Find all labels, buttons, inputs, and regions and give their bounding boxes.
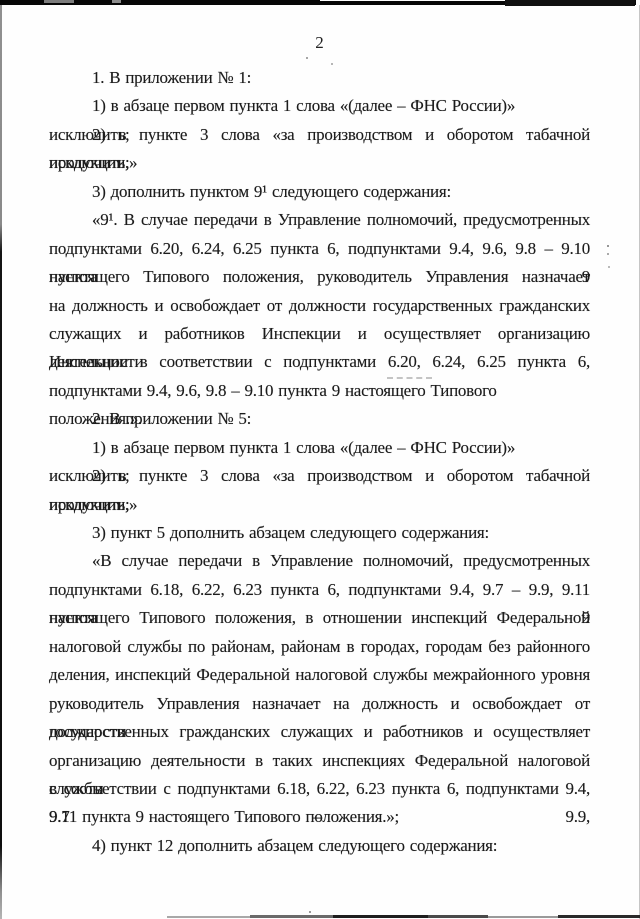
- scan-artifact-segment: [167, 916, 250, 918]
- scan-artifact-left-edge: [0, 5, 2, 919]
- text-line: Инспекции в соответствии с подпунктами 6…: [49, 348, 590, 376]
- page-number: 2: [49, 33, 590, 53]
- text-line: 1) в абзаце первом пункта 1 слова «(дале…: [49, 434, 590, 462]
- document-body: 1. В приложении № 1:1) в абзаце первом п…: [49, 64, 590, 860]
- scan-speck: [306, 57, 308, 59]
- text-line: подпунктами 6.20, 6.24, 6.25 пункта 6, п…: [49, 235, 590, 263]
- text-line: «9¹. В случае передачи в Управление полн…: [49, 206, 590, 234]
- text-line: налоговой службы по районам, районам в г…: [49, 633, 590, 661]
- text-line: 1) в абзаце первом пункта 1 слова «(дале…: [49, 92, 590, 120]
- scan-artifact-segment: [320, 0, 505, 1]
- scan-artifact-segment: [44, 0, 74, 3]
- scan-artifact-segment: [428, 915, 488, 918]
- text-line: настоящего Типового положения, в отношен…: [49, 604, 590, 632]
- text-line: руководитель Управления назначает на дол…: [49, 690, 590, 718]
- text-line: 3) дополнить пунктом 9¹ следующего содер…: [49, 178, 590, 206]
- text-line: 1. В приложении № 1:: [49, 64, 590, 92]
- scan-speck: [309, 911, 311, 913]
- text-line: настоящего Типового положения, руководит…: [49, 263, 590, 291]
- scan-artifact-segment: [558, 915, 640, 918]
- text-line: государственных гражданских служащих и р…: [49, 718, 590, 746]
- text-line: подпунктами 6.18, 6.22, 6.23 пункта 6, п…: [49, 576, 590, 604]
- text-line: 2. В приложении № 5:: [49, 405, 590, 433]
- scan-artifact-dashes: [387, 377, 432, 379]
- scan-artifact-segment: [333, 915, 428, 918]
- text-line: 2) в пункте 3 слова «за производством и …: [49, 121, 590, 149]
- text-line: в соответствии с подпунктами 6.18, 6.22,…: [49, 775, 590, 803]
- text-line: подпунктами 9.4, 9.6, 9.8 – 9.10 пункта …: [49, 377, 590, 405]
- text-line: «В случае передачи в Управление полномоч…: [49, 547, 590, 575]
- text-line: 2) в пункте 3 слова «за производством и …: [49, 462, 590, 490]
- scan-artifact-segment: [488, 916, 558, 918]
- scan-speck: [608, 266, 610, 268]
- text-line: организацию деятельности в таких инспекц…: [49, 747, 590, 775]
- text-line: 3) пункт 5 дополнить абзацем следующего …: [49, 519, 590, 547]
- scanned-page: 2 1. В приложении № 1:1) в абзаце первом…: [0, 0, 640, 919]
- scan-artifact-segment: [505, 0, 635, 6]
- scan-artifact-segment: [250, 915, 333, 918]
- scan-artifact-segment: [112, 0, 121, 3]
- scan-speck: [607, 253, 609, 255]
- text-line: деления, инспекций Федеральной налоговой…: [49, 661, 590, 689]
- scan-speck: [607, 245, 609, 247]
- scan-artifact-top-bar: [0, 0, 640, 5]
- scan-artifact-bottom-bar: [0, 914, 640, 919]
- text-line: на должность и освобождает от должности …: [49, 292, 590, 320]
- scan-speck: [331, 63, 333, 65]
- text-line: служащих и работников Инспекции и осущес…: [49, 320, 590, 348]
- text-line: 4) пункт 12 дополнить абзацем следующего…: [49, 832, 590, 860]
